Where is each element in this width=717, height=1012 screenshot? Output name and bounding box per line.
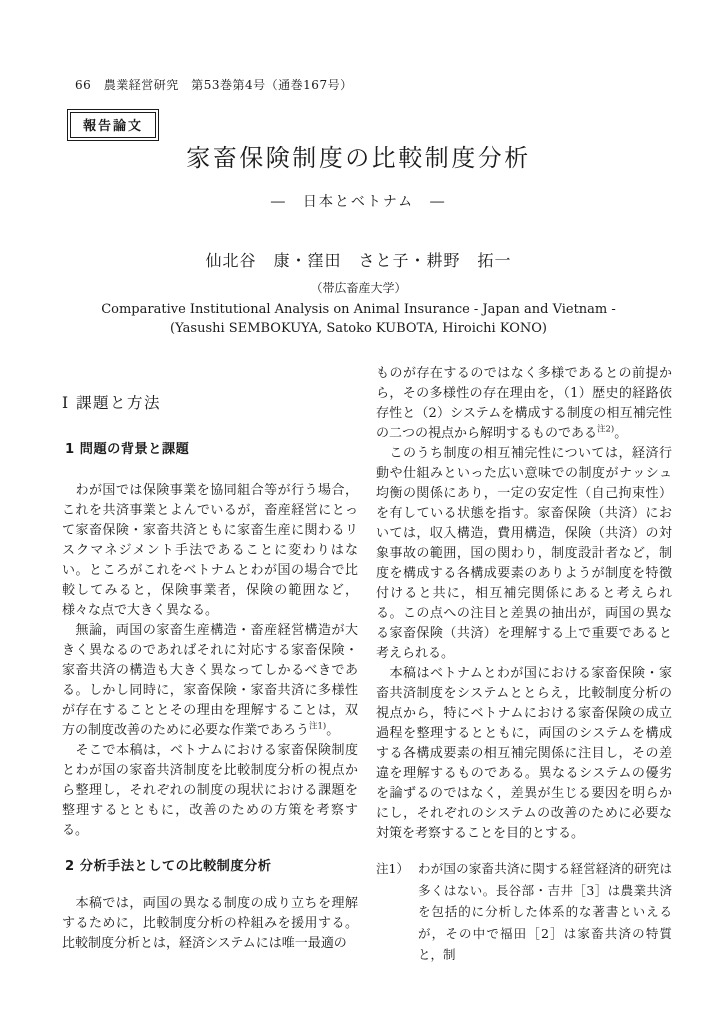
authors-japanese: 仙北谷 康・窪田 さと子・耕野 拓一: [0, 248, 717, 271]
paper-subtitle: ― 日本とベトナム ―: [0, 191, 717, 211]
paper-page: 66 農業経営研究 第53巻第4号（通巻167号） 報告論文 家畜保険制度の比較…: [0, 0, 717, 1012]
footnote-marker: 注1）: [376, 858, 418, 966]
paragraph-text: 。: [326, 723, 339, 738]
left-column: Ⅰ 課題と方法 1 問題の背景と課題 わが国では保険事業を協同組合等が行う場合，…: [62, 364, 358, 966]
footnote-ref-1: 注1): [309, 722, 326, 732]
title-block: 家畜保険制度の比較制度分析 ― 日本とベトナム ―: [0, 143, 717, 211]
paragraph: 本稿では，両国の異なる制度の成り立ちを理解するために，比較制度分析の枠組みを援用…: [62, 894, 358, 954]
report-badge-label: 報告論文: [70, 112, 156, 138]
paragraph: わが国では保険事業を協同組合等が行う場合，これを共済事業とよんでいるが，畜産経営…: [62, 481, 358, 621]
report-badge-box: 報告論文: [67, 109, 159, 141]
paragraph: 無論，両国の家畜生産構造・畜産経営構造が大きく異なるのであればそれに対応する家畜…: [62, 621, 358, 741]
subsection-heading-1-2: 2 分析手法としての比較制度分析: [65, 857, 358, 876]
author-block: 仙北谷 康・窪田 さと子・耕野 拓一 （帯広畜産大学） Comparative …: [0, 248, 717, 336]
paragraph-text: ものが存在するのではなく多様であるとの前提から，その多様性の存在理由を，（1）歴…: [376, 366, 672, 441]
right-column: ものが存在するのではなく多様であるとの前提から，その多様性の存在理由を，（1）歴…: [376, 364, 672, 966]
paragraph: ものが存在するのではなく多様であるとの前提から，その多様性の存在理由を，（1）歴…: [376, 364, 672, 444]
paper-title: 家畜保険制度の比較制度分析: [0, 143, 717, 174]
paragraph-text: 。: [614, 426, 627, 441]
footnote-1: 注1） わが国の家畜共済に関する経営経済的研究は多くはない。長谷部・吉井［3］は…: [376, 858, 672, 966]
subsection-heading-1-1: 1 問題の背景と課題: [65, 440, 358, 459]
english-title: Comparative Institutional Analysis on An…: [0, 302, 717, 317]
affiliation: （帯広畜産大学）: [0, 279, 717, 296]
section-heading-1: Ⅰ 課題と方法: [62, 392, 358, 414]
paragraph: このうち制度の相互補完性については，経済行動や仕組みといった広い意味での制度がナ…: [376, 444, 672, 664]
paragraph: 本稿はベトナムとわが国における家畜保険・家畜共済制度をシステムととらえ，比較制度…: [376, 664, 672, 844]
footnote-text: わが国の家畜共済に関する経営経済的研究は多くはない。長谷部・吉井［3］は農業共済…: [418, 858, 672, 966]
journal-header: 66 農業経営研究 第53巻第4号（通巻167号）: [75, 76, 353, 93]
footnote-ref-2: 注2): [597, 425, 614, 435]
english-authors: (Yasushi SEMBOKUYA, Satoko KUBOTA, Hiroi…: [0, 321, 717, 336]
paragraph: そこで本稿は，ベトナムにおける家畜保険制度とわが国の家畜共済制度を比較制度分析の…: [62, 741, 358, 841]
body-columns: Ⅰ 課題と方法 1 問題の背景と課題 わが国では保険事業を協同組合等が行う場合，…: [62, 364, 672, 966]
